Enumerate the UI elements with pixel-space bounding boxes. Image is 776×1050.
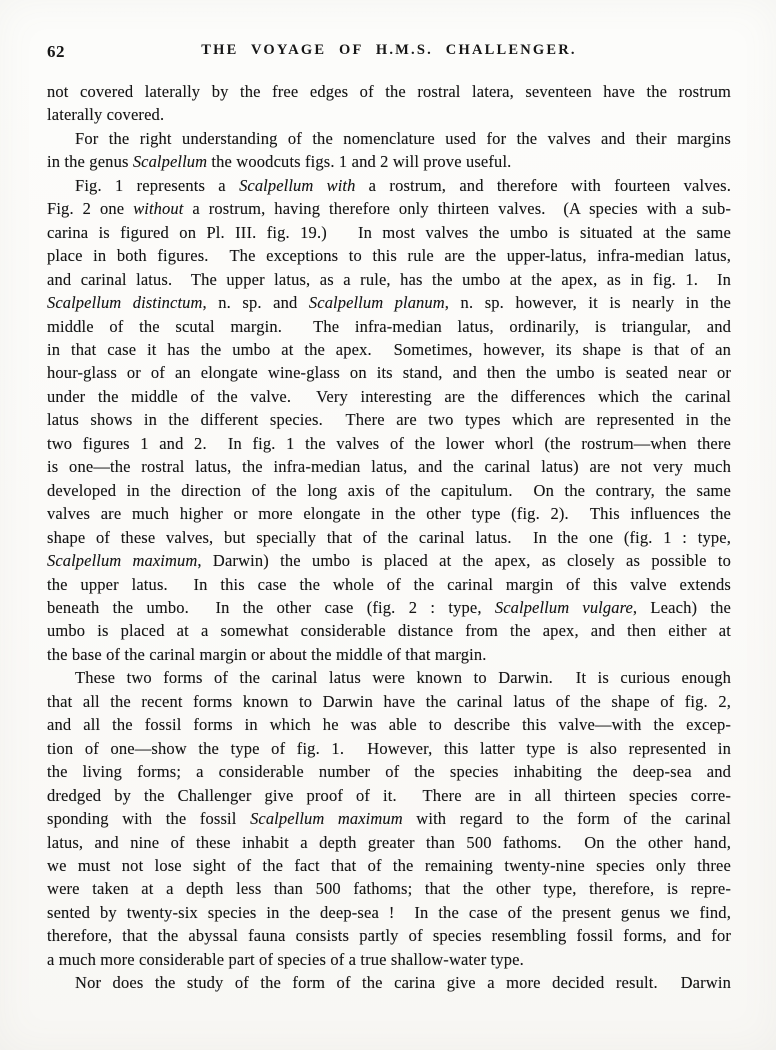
text-segment: middle of the scutal margin. The infra-m… [47, 317, 731, 336]
text-line: Scalpellum maximum, Darwin) the umbo is … [47, 549, 731, 572]
text-segment: with regard to the form of the carinal [403, 809, 731, 828]
text-segment: we must not lose sight of the fact that … [47, 856, 731, 875]
text-segment: Fig. 1 represents a [75, 176, 239, 195]
italic-text: Scalpellum distinctum [47, 293, 203, 312]
italic-text: Scalpellum with [239, 176, 355, 195]
text-line: Scalpellum distinctum, n. sp. and Scalpe… [47, 291, 731, 314]
text-segment: two figures 1 and 2. In fig. 1 the valve… [47, 434, 731, 453]
text-segment: , n. sp. and [203, 293, 309, 312]
text-segment: a rostrum, and therefore with fourteen v… [355, 176, 731, 195]
paragraph: For the right understanding of the nomen… [47, 127, 731, 174]
text-segment: latus, and nine of these inhabit a depth… [47, 833, 731, 852]
text-line: beneath the umbo. In the other case (fig… [47, 596, 731, 619]
text-segment: sponding with the fossil [47, 809, 250, 828]
text-line: under the middle of the valve. Very inte… [47, 385, 731, 408]
text-segment: and carinal latus. The upper latus, as a… [47, 270, 731, 289]
text-segment: therefore, that the abyssal fauna consis… [47, 926, 731, 945]
text-line: in the genus Scalpellum the woodcuts fig… [47, 150, 731, 173]
text-segment: that all the recent forms known to Darwi… [47, 692, 731, 711]
text-line: not covered laterally by the free edges … [47, 80, 731, 103]
text-line: Nor does the study of the form of the ca… [47, 971, 731, 994]
paragraph: Nor does the study of the form of the ca… [47, 971, 731, 994]
italic-text: Scalpellum planum [309, 293, 445, 312]
running-head: 62 THE VOYAGE OF H.M.S. CHALLENGER. [47, 42, 731, 62]
text-segment: carina is figured on Pl. III. fig. 19.) … [47, 223, 731, 242]
text-line: the upper latus. In this case the whole … [47, 573, 731, 596]
paragraph: These two forms of the carinal latus wer… [47, 666, 731, 971]
text-line: laterally covered. [47, 103, 731, 126]
text-segment: in that case it has the umbo at the apex… [47, 340, 731, 359]
text-segment: laterally covered. [47, 105, 164, 124]
text-line: sented by twenty-six species in the deep… [47, 901, 731, 924]
text-segment: , Leach) the [633, 598, 731, 617]
text-segment: place in both figures. The exceptions to… [47, 246, 731, 265]
text-segment: the base of the carinal margin or about … [47, 645, 487, 664]
text-segment: the living forms; a considerable number … [47, 762, 731, 781]
text-line: latus, and nine of these inhabit a depth… [47, 831, 731, 854]
text-line: For the right understanding of the nomen… [47, 127, 731, 150]
text-line: in that case it has the umbo at the apex… [47, 338, 731, 361]
text-segment: Nor does the study of the form of the ca… [75, 973, 731, 992]
text-line: we must not lose sight of the fact that … [47, 854, 731, 877]
text-line: two figures 1 and 2. In fig. 1 the valve… [47, 432, 731, 455]
text-segment: tion of one—show the type of fig. 1. How… [47, 739, 731, 758]
text-segment: shape of these valves, but specially tha… [47, 528, 731, 547]
text-segment: sented by twenty-six species in the deep… [47, 903, 731, 922]
text-line: Fig. 2 one without a rostrum, having the… [47, 197, 731, 220]
text-line: developed in the direction of the long a… [47, 479, 731, 502]
text-line: place in both figures. The exceptions to… [47, 244, 731, 267]
italic-text: Scalpellum maximum [250, 809, 403, 828]
text-line: that all the recent forms known to Darwi… [47, 690, 731, 713]
text-line: sponding with the fossil Scalpellum maxi… [47, 807, 731, 830]
text-segment: the upper latus. In this case the whole … [47, 575, 731, 594]
text-segment: not covered laterally by the free edges … [47, 82, 731, 101]
text-line: therefore, that the abyssal fauna consis… [47, 924, 731, 947]
text-line: latus shows in the different species. Th… [47, 408, 731, 431]
italic-text: Scalpellum [133, 152, 207, 171]
text-segment: For the right understanding of the nomen… [75, 129, 731, 148]
text-line: and all the fossil forms in which he was… [47, 713, 731, 736]
text-line: valves are much higher or more elongate … [47, 502, 731, 525]
italic-text: Scalpellum vulgare [495, 598, 633, 617]
text-segment: is one—the rostral latus, the infra-medi… [47, 457, 731, 476]
text-segment: in the genus [47, 152, 133, 171]
text-segment: developed in the direction of the long a… [47, 481, 731, 500]
text-segment: and all the fossil forms in which he was… [47, 715, 731, 734]
page-number: 62 [47, 42, 65, 62]
text-line: umbo is placed at a somewhat considerabl… [47, 619, 731, 642]
scanned-book-page: 62 THE VOYAGE OF H.M.S. CHALLENGER. not … [0, 0, 776, 1050]
text-segment: , n. sp. however, it is nearly in the [445, 293, 731, 312]
paragraph: Fig. 1 represents a Scalpellum with a ro… [47, 174, 731, 667]
text-line: tion of one—show the type of fig. 1. How… [47, 737, 731, 760]
page-body-text: not covered laterally by the free edges … [47, 80, 731, 995]
text-line: the base of the carinal margin or about … [47, 643, 731, 666]
text-segment: the woodcuts figs. 1 and 2 will prove us… [207, 152, 511, 171]
text-segment: valves are much higher or more elongate … [47, 504, 731, 523]
text-line: carina is figured on Pl. III. fig. 19.) … [47, 221, 731, 244]
text-line: a much more considerable part of species… [47, 948, 731, 971]
text-segment: were taken at a depth less than 500 fath… [47, 879, 731, 898]
text-line: hour-glass or of an elongate wine-glass … [47, 361, 731, 384]
text-segment: a much more considerable part of species… [47, 950, 524, 969]
italic-text: without [133, 199, 183, 218]
text-line: were taken at a depth less than 500 fath… [47, 877, 731, 900]
text-segment: , Darwin) the umbo is placed at the apex… [197, 551, 731, 570]
text-line: These two forms of the carinal latus wer… [47, 666, 731, 689]
paragraph: not covered laterally by the free edges … [47, 80, 731, 127]
text-line: middle of the scutal margin. The infra-m… [47, 315, 731, 338]
text-line: and carinal latus. The upper latus, as a… [47, 268, 731, 291]
text-segment: latus shows in the different species. Th… [47, 410, 731, 429]
text-segment: umbo is placed at a somewhat considerabl… [47, 621, 731, 640]
text-segment: beneath the umbo. In the other case (fig… [47, 598, 495, 617]
running-title: THE VOYAGE OF H.M.S. CHALLENGER. [47, 42, 731, 59]
text-line: the living forms; a considerable number … [47, 760, 731, 783]
italic-text: Scalpellum maximum [47, 551, 197, 570]
text-segment: hour-glass or of an elongate wine-glass … [47, 363, 731, 382]
text-segment: Fig. 2 one [47, 199, 133, 218]
text-segment: a rostrum, having therefore only thirtee… [183, 199, 731, 218]
text-segment: These two forms of the carinal latus wer… [75, 668, 731, 687]
text-segment: dredged by the Challenger give proof of … [47, 786, 731, 805]
text-line: is one—the rostral latus, the infra-medi… [47, 455, 731, 478]
text-line: Fig. 1 represents a Scalpellum with a ro… [47, 174, 731, 197]
text-segment: under the middle of the valve. Very inte… [47, 387, 731, 406]
text-line: dredged by the Challenger give proof of … [47, 784, 731, 807]
text-line: shape of these valves, but specially tha… [47, 526, 731, 549]
